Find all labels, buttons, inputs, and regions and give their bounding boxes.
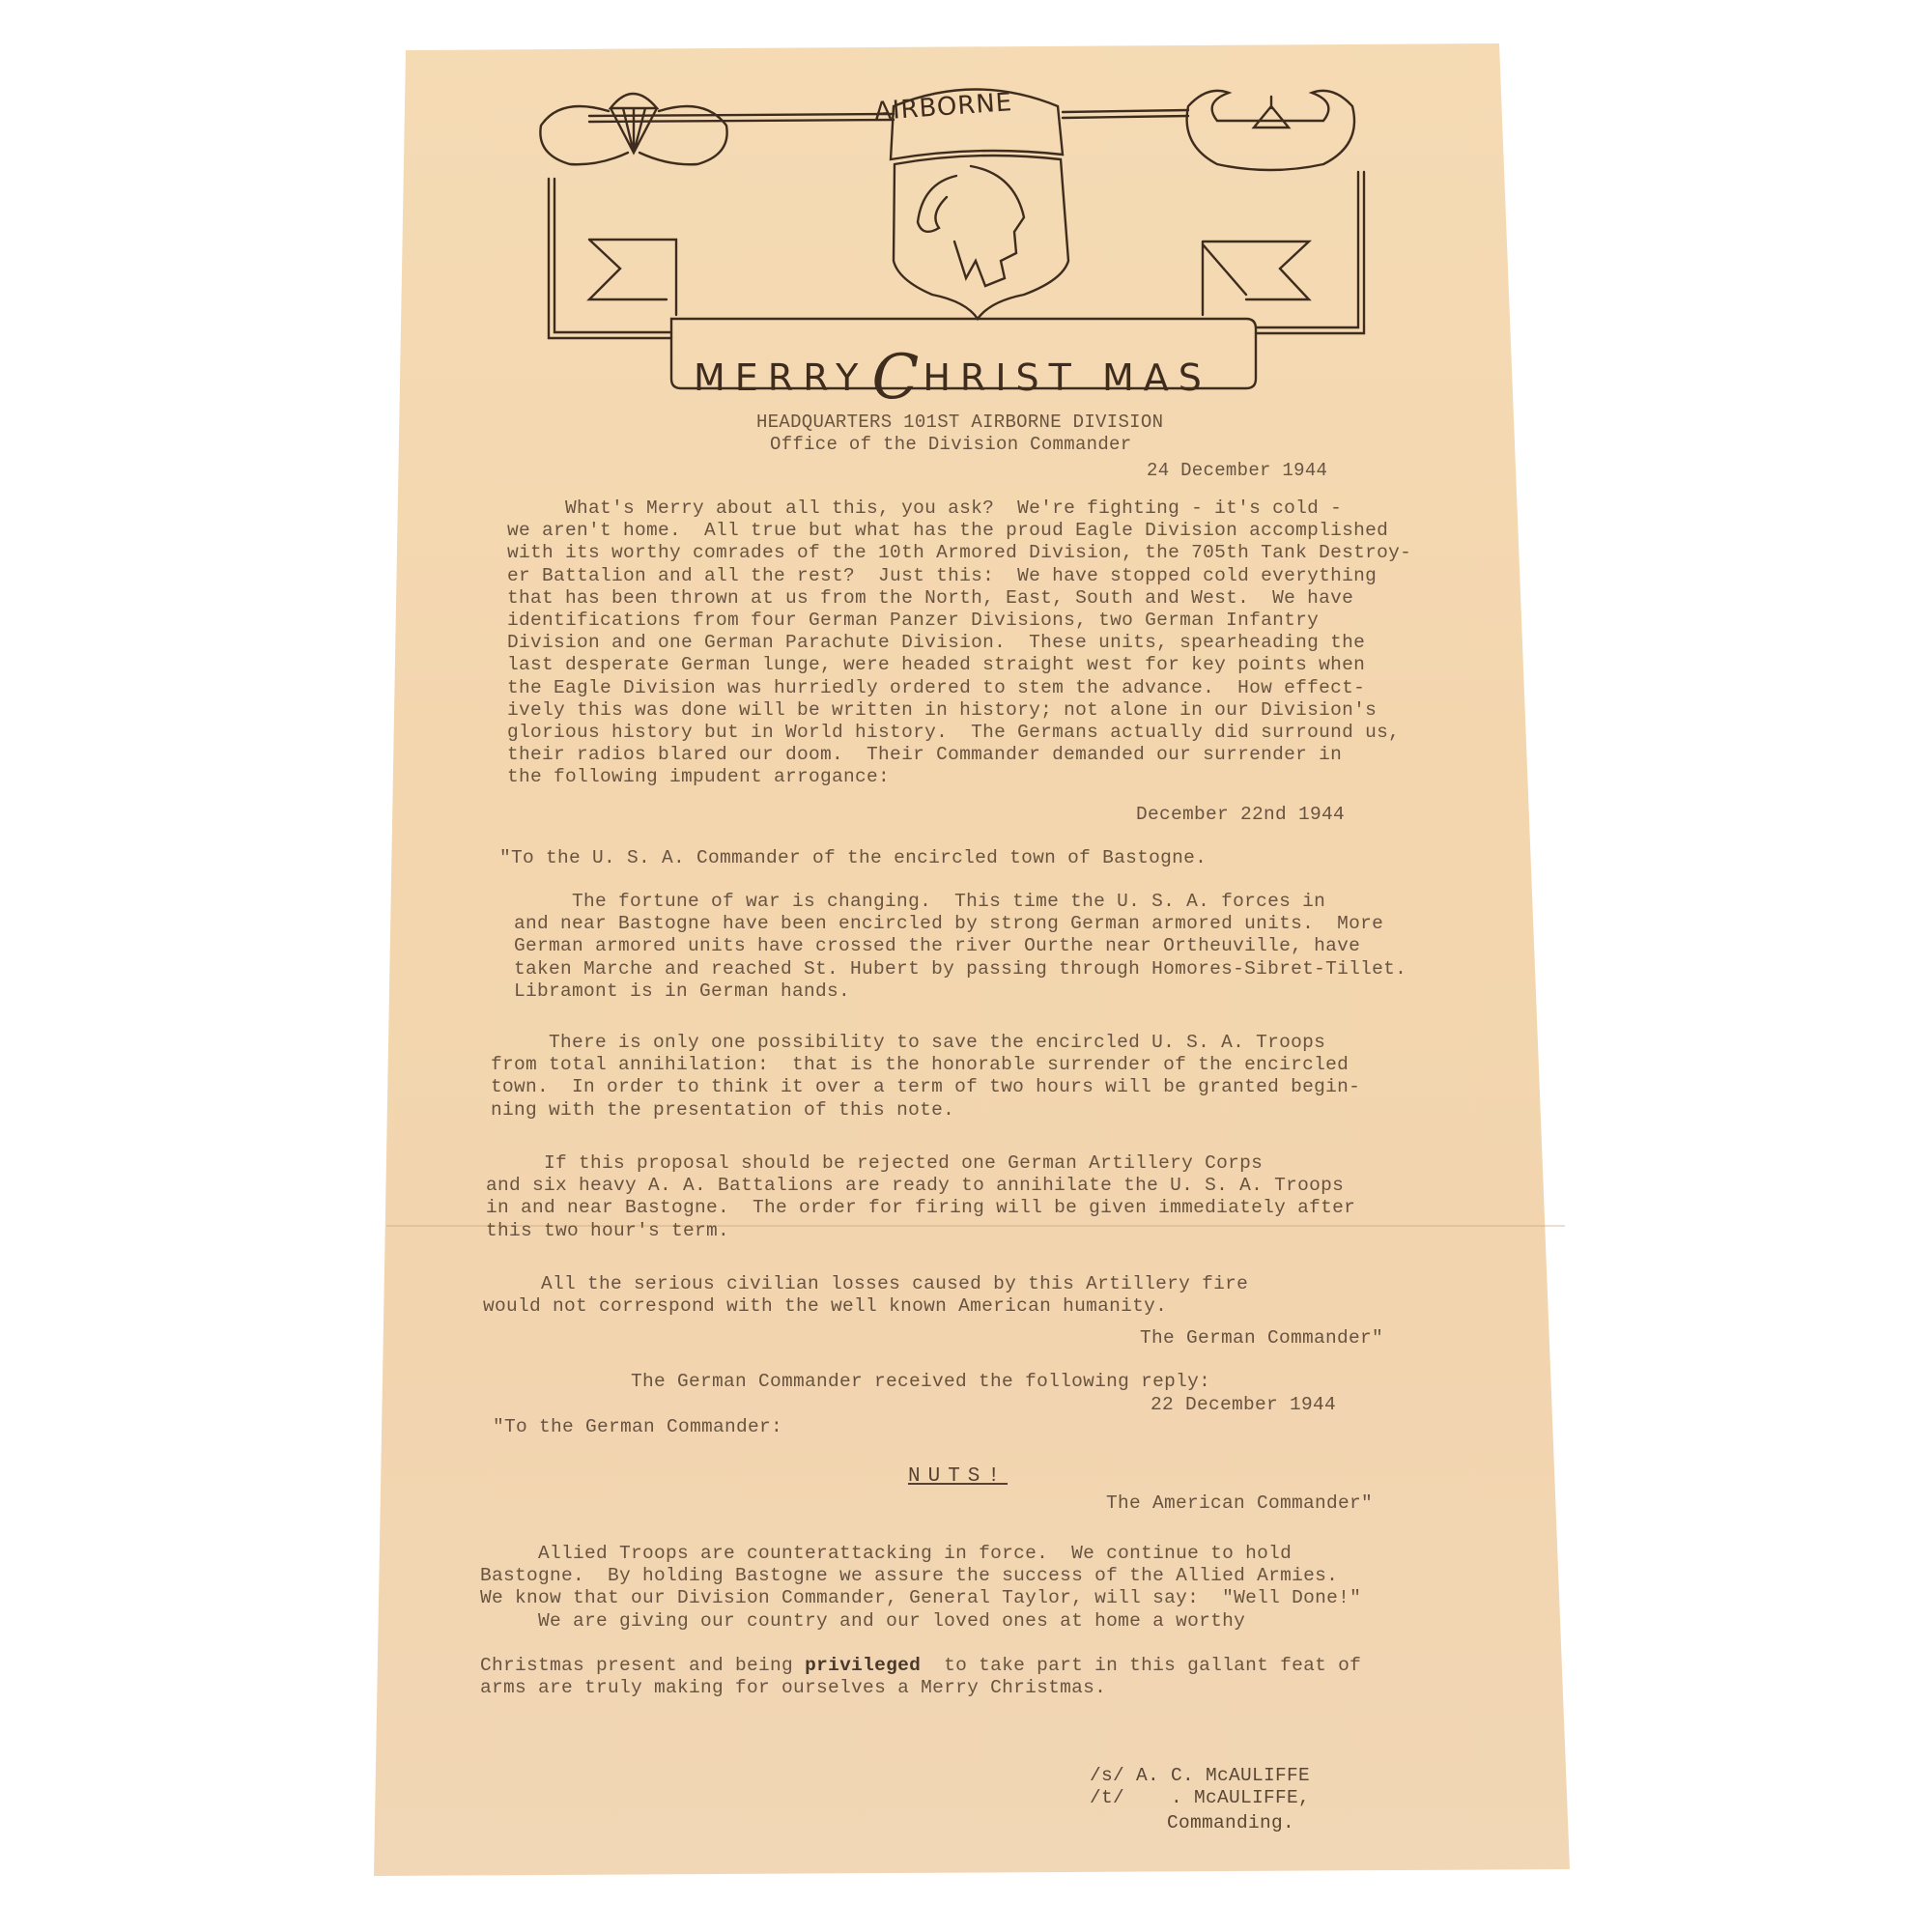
merry-christmas-banner: MERRYCHRIST MAS bbox=[694, 334, 1211, 406]
letter-date: 24 December 1944 bbox=[1147, 460, 1327, 481]
german-letter-line: The fortune of war is changing. This tim… bbox=[514, 891, 1325, 912]
signatory-title: Commanding. bbox=[1167, 1812, 1294, 1833]
reply-date: 22 December 1944 bbox=[1151, 1394, 1336, 1415]
reply-intro: The German Commander received the follow… bbox=[631, 1371, 1210, 1392]
german-letter-salutation: "To the U. S. A. Commander of the encirc… bbox=[499, 847, 1207, 868]
german-letter-line: in and near Bastogne. The order for firi… bbox=[486, 1197, 1355, 1218]
closing-line: Allied Troops are counterattacking in fo… bbox=[480, 1543, 1292, 1564]
german-letter-line: All the serious civilian losses caused b… bbox=[483, 1273, 1248, 1294]
german-letter-signature: The German Commander" bbox=[1140, 1327, 1383, 1349]
closing-line-6: arms are truly making for ourselves a Me… bbox=[480, 1677, 1106, 1698]
german-letter-line: If this proposal should be rejected one … bbox=[486, 1152, 1263, 1174]
reply-salutation: "To the German Commander: bbox=[493, 1416, 782, 1437]
banner-initial-c: C bbox=[871, 342, 919, 413]
intro-line: with its worthy comrades of the 10th Arm… bbox=[507, 542, 1411, 563]
intro-line: the following impudent arrogance: bbox=[507, 766, 890, 787]
german-letter-line: from total annihilation: that is the hon… bbox=[491, 1054, 1349, 1075]
intro-line: we aren't home. All true but what has th… bbox=[507, 520, 1388, 541]
reply-signature: The American Commander" bbox=[1106, 1492, 1373, 1514]
german-letter-line: ning with the presentation of this note. bbox=[491, 1099, 954, 1121]
german-letter-line: town. In order to think it over a term o… bbox=[491, 1076, 1360, 1097]
unit-heading: HEADQUARTERS 101ST AIRBORNE DIVISION bbox=[756, 412, 1163, 433]
german-letter-line: There is only one possibility to save th… bbox=[491, 1032, 1325, 1053]
banner-word-christmas: HRIST MAS bbox=[923, 356, 1211, 399]
german-letter-line: Libramont is in German hands. bbox=[514, 980, 850, 1002]
german-letter-line: and six heavy A. A. Battalions are ready… bbox=[486, 1175, 1344, 1196]
closing-line-5-start: Christmas present and being bbox=[480, 1655, 805, 1676]
german-letter-line: would not correspond with the well known… bbox=[483, 1295, 1167, 1317]
intro-line: last desperate German lunge, were headed… bbox=[507, 654, 1365, 675]
closing-line: Bastogne. By holding Bastogne we assure … bbox=[480, 1565, 1338, 1586]
privileged-word: privileged bbox=[805, 1655, 921, 1676]
german-letter-line: this two hour's term. bbox=[486, 1220, 729, 1241]
banner-word-merry: MERRY bbox=[694, 356, 867, 399]
intro-line: ively this was done will be written in h… bbox=[507, 699, 1377, 721]
german-letter-line: German armored units have crossed the ri… bbox=[514, 935, 1360, 956]
closing-line-5-end: to take part in this gallant feat of bbox=[921, 1655, 1361, 1676]
intro-line: Division and one German Parachute Divisi… bbox=[507, 632, 1365, 653]
german-letter-line: taken Marche and reached St. Hubert by p… bbox=[514, 958, 1406, 980]
closing-line-5: Christmas present and being privileged t… bbox=[480, 1655, 1361, 1676]
typed-name: /t/ . McAULIFFE, bbox=[1090, 1787, 1310, 1808]
nuts-reply: NUTS! bbox=[908, 1465, 1008, 1488]
intro-line: their radios blared our doom. Their Comm… bbox=[507, 744, 1342, 765]
signed-name: /s/ A. C. McAULIFFE bbox=[1090, 1765, 1310, 1786]
intro-line: the Eagle Division was hurriedly ordered… bbox=[507, 677, 1365, 698]
office-heading: Office of the Division Commander bbox=[770, 434, 1131, 455]
intro-line: er Battalion and all the rest? Just this… bbox=[507, 565, 1377, 586]
intro-line: What's Merry about all this, you ask? We… bbox=[507, 497, 1342, 519]
german-letter-line: and near Bastogne have been encircled by… bbox=[514, 913, 1383, 934]
closing-line: We know that our Division Commander, Gen… bbox=[480, 1587, 1361, 1608]
german-letter-date: December 22nd 1944 bbox=[1136, 804, 1345, 825]
intro-line: identifications from four German Panzer … bbox=[507, 610, 1319, 631]
closing-line: We are giving our country and our loved … bbox=[480, 1610, 1245, 1632]
intro-line: that has been thrown at us from the Nort… bbox=[507, 587, 1353, 609]
intro-line: glorious history but in World history. T… bbox=[507, 722, 1400, 743]
